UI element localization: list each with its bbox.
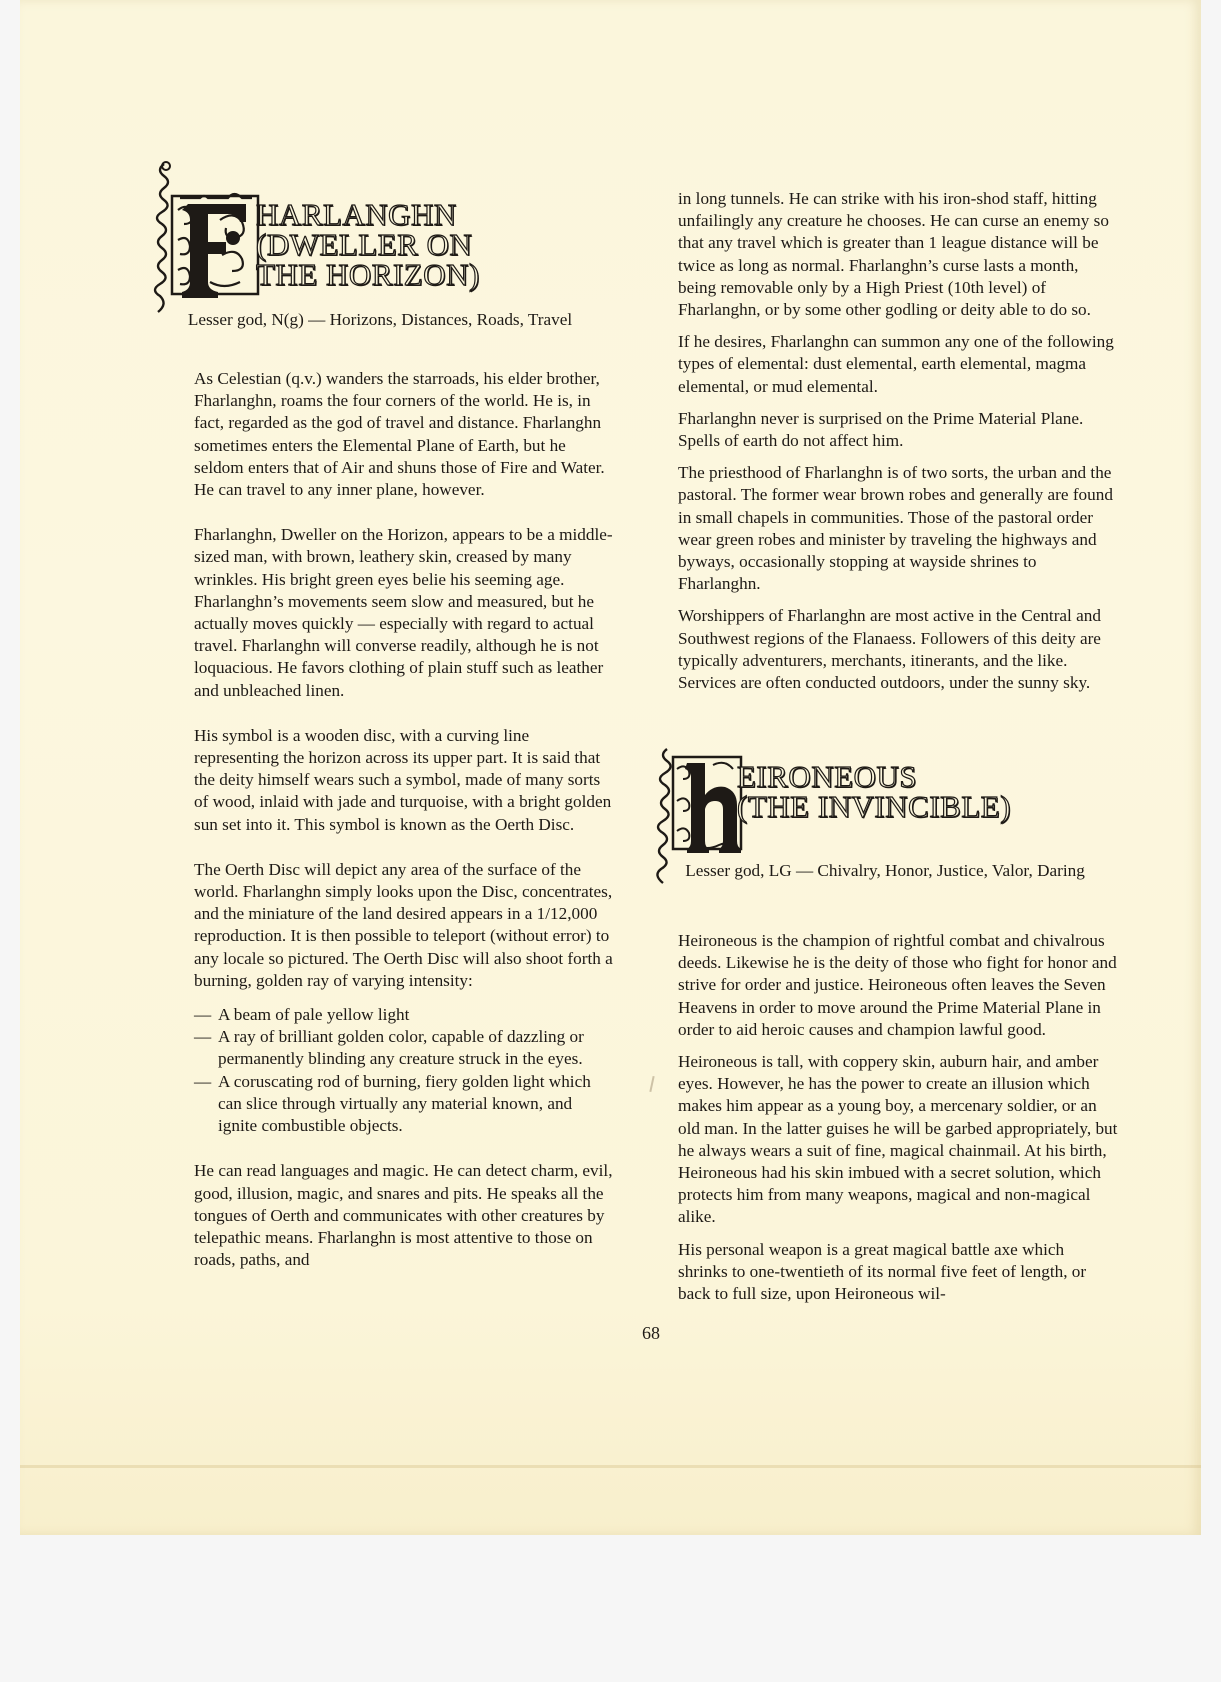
paragraph: As Celestian (q.v.) wanders the starroad… [194,368,614,501]
right-column-bottom: Heironeous is the champion of rightful c… [678,930,1118,1315]
deity-subtitle: Lesser god, N(g) — Horizons, Distances, … [180,309,580,330]
paragraph: His personal weapon is a great magical b… [678,1239,1118,1306]
right-column-top: in long tunnels. He can strike with his … [678,188,1118,704]
ray-intensity-list: A beam of pale yellow light A ray of bri… [194,1004,614,1137]
paragraph: He can read languages and magic. He can … [194,1160,614,1271]
list-item: A coruscating rod of burning, fiery gold… [194,1071,614,1138]
paragraph: The Oerth Disc will depict any area of t… [194,859,614,992]
paragraph: in long tunnels. He can strike with his … [678,188,1118,321]
deity-title: HARLANGHN (DWELLER ON THE HORIZON) [256,200,480,290]
paragraph: His symbol is a wooden disc, with a curv… [194,725,614,836]
paragraph: Worshippers of Fharlanghn are most activ… [678,605,1118,694]
paragraph: The priesthood of Fharlanghn is of two s… [678,462,1118,595]
paragraph: Heironeous is tall, with coppery skin, a… [678,1051,1118,1229]
page-number: 68 [642,1323,660,1344]
paragraph: Fharlanghn never is surprised on the Pri… [678,408,1118,452]
left-column: As Celestian (q.v.) wanders the starroad… [194,368,614,1294]
paragraph: Heironeous is the champion of rightful c… [678,930,1118,1041]
list-item: A ray of brilliant golden color, capable… [194,1026,614,1070]
paragraph: Fharlanghn, Dweller on the Horizon, appe… [194,524,614,702]
deity-subtitle: Lesser god, LG — Chivalry, Honor, Justic… [675,860,1095,881]
deity-title: EIRONEOUS (THE INVINCIBLE) [737,762,1011,822]
paragraph: If he desires, Fharlanghn can summon any… [678,331,1118,398]
list-item: A beam of pale yellow light [194,1004,614,1026]
